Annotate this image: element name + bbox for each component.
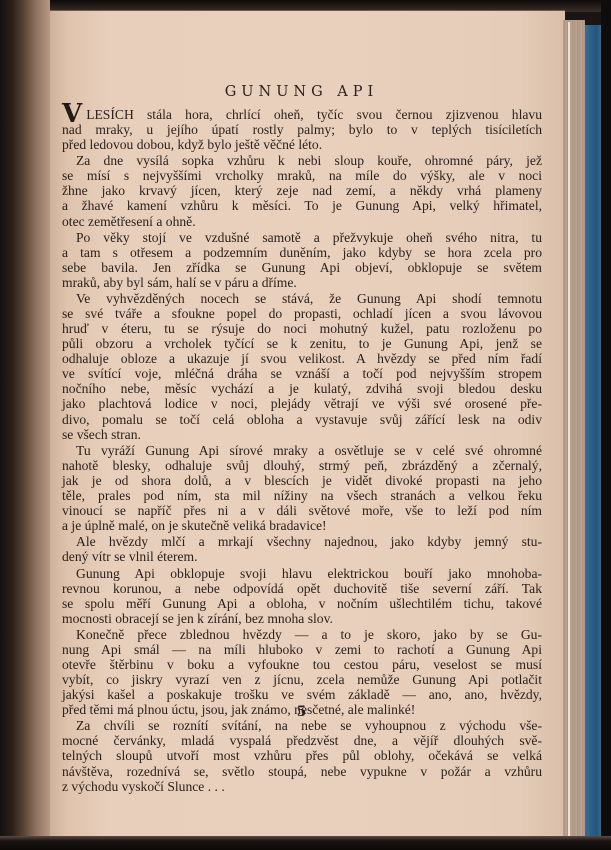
text-line: Ale hvězdy mlčí a mrkají všechny najedno… bbox=[62, 534, 542, 549]
text-line: odhaluje obloze a ukazuje jí svou veliko… bbox=[62, 351, 542, 366]
text-line: a tam s otřesem a podzemním duněním, jak… bbox=[62, 245, 542, 260]
paragraph: Za chvíli se roznítí svítání, na nebe se… bbox=[62, 718, 542, 793]
text-line: těle, prales pod ním, sta mil nížiny na … bbox=[62, 488, 542, 503]
text-line: nung Api smál — na míli hluboko v zemi t… bbox=[62, 642, 542, 657]
text-line: vybít, co jiskry vyrazí ven z jícnu, zce… bbox=[62, 672, 542, 687]
text-line: ve svítící voje, mléčná dráha se vznáší … bbox=[62, 366, 542, 381]
paragraph: Po věky stojí ve vzdušné samotě a přežvy… bbox=[62, 230, 542, 290]
text-line: se všech stran. bbox=[62, 427, 542, 442]
paragraph: Za dne vysílá sopka vzhůru k nebi sloup … bbox=[62, 153, 542, 228]
text-line: Ve vyhvězděných nocech se stává, že Gunu… bbox=[62, 291, 542, 306]
paragraph: Ve vyhvězděných nocech se stává, že Gunu… bbox=[62, 291, 542, 441]
text-line: divo, pomalu se točí celá obloha a vysta… bbox=[62, 412, 542, 427]
right-background bbox=[601, 0, 611, 850]
paragraph: Tu vyráží Gunung Api sírové mraky a osvě… bbox=[62, 443, 542, 533]
text-line: Po věky stojí ve vzdušné samotě a přežvy… bbox=[62, 230, 542, 245]
text-line: vinoucí se napříč přes ni a v dáli světo… bbox=[62, 503, 542, 518]
text-line: telných sloupů utvoří most vzhůru přes p… bbox=[62, 748, 542, 763]
text-line: se spolu měří Gunung Api a obloha, v noč… bbox=[62, 596, 542, 611]
scanned-book-page: GUNUNG API VLESÍCH stála hora, chrlící o… bbox=[0, 0, 611, 850]
text-line: nad mraky, u jejího úpatí rostly palmy; … bbox=[62, 122, 542, 137]
text-line: mraků, aby byl sám, halí se v páru a dří… bbox=[62, 275, 542, 290]
chapter-title: GUNUNG API bbox=[38, 84, 565, 100]
paragraph: Gunung Api obklopuje svoji hlavu elektri… bbox=[62, 566, 542, 626]
text-line: a žhavé kamení vzhůru k měsíci. To je Gu… bbox=[62, 198, 542, 213]
text-line: otevře štěrbinu v boku a vyfoukne tou ce… bbox=[62, 657, 542, 672]
text-line: jako plachtová lodice v noci, plejády vě… bbox=[62, 396, 542, 411]
paragraph: VLESÍCH stála hora, chrlící oheň, tyčíc … bbox=[62, 107, 542, 152]
text-line: návštěva, rozednívá se, světlo stoupá, n… bbox=[62, 764, 542, 779]
text-line: Tu vyráží Gunung Api sírové mraky a osvě… bbox=[62, 443, 542, 458]
text-line: Konečně přece zblednou hvězdy — a to je … bbox=[62, 627, 542, 642]
page-number: 5 bbox=[38, 704, 565, 720]
text-line: nahotě blesky, odhaluje svůj dlouhý, str… bbox=[62, 458, 542, 473]
text-line: nočního nebe, měsíc vychází a je kulatý,… bbox=[62, 381, 542, 396]
book-cover-edge bbox=[585, 25, 601, 838]
gutter-shadow bbox=[0, 0, 50, 850]
text-line: jakýsi kašel a poskakuje trošku ve svém … bbox=[62, 687, 542, 702]
text-line: revnou korunou, a nebe odpovídá opět duc… bbox=[62, 581, 542, 596]
text-line: VLESÍCH stála hora, chrlící oheň, tyčíc … bbox=[62, 107, 542, 122]
paragraph: Ale hvězdy mlčí a mrkají všechny najedno… bbox=[62, 534, 542, 564]
text-line: mocné červánky, mladá vyspalá předzvěst … bbox=[62, 733, 542, 748]
text-line: před ledovou dobou, když bylo ještě věčn… bbox=[62, 137, 542, 152]
text-line: sebe bavila. Jen zřídka se Gunung Api ob… bbox=[62, 260, 542, 275]
fore-edge-highlight bbox=[568, 22, 570, 838]
text-line: Gunung Api obklopuje svoji hlavu elektri… bbox=[62, 566, 542, 581]
text-line: se mísí s nejvyššími vrcholky mraků, na … bbox=[62, 168, 542, 183]
text-line: z východu vyskočí Slunce . . . bbox=[62, 779, 542, 794]
text-line: mocnosti obracejí se jen k zírání, bez m… bbox=[62, 611, 542, 626]
text-line: a je úplně malé, on je skutečně veliká b… bbox=[62, 518, 542, 533]
text-line: žhne jako krvavý jícen, který zeje nad z… bbox=[62, 183, 542, 198]
text-line: půli obzoru a vrcholek tyčící se k zenit… bbox=[62, 336, 542, 351]
text-line: dený vítr se vlnil éterem. bbox=[62, 549, 542, 564]
text-line: otec zemětřesení a ohně. bbox=[62, 214, 542, 229]
body-text: VLESÍCH stála hora, chrlící oheň, tyčíc … bbox=[62, 107, 542, 795]
text-line: hruď v éteru, tu se rýsuje do noci mohut… bbox=[62, 321, 542, 336]
paragraph-gap bbox=[62, 794, 542, 795]
bottom-shadow bbox=[0, 836, 611, 850]
text-line: Za dne vysílá sopka vzhůru k nebi sloup … bbox=[62, 153, 542, 168]
page-fore-edge bbox=[563, 20, 585, 838]
text-line: se své tváře a sfoukne popel do propasti… bbox=[62, 306, 542, 321]
text-line: Za chvíli se roznítí svítání, na nebe se… bbox=[62, 718, 542, 733]
text-line: jak je od shora dolů, a v blescích je vi… bbox=[62, 473, 542, 488]
